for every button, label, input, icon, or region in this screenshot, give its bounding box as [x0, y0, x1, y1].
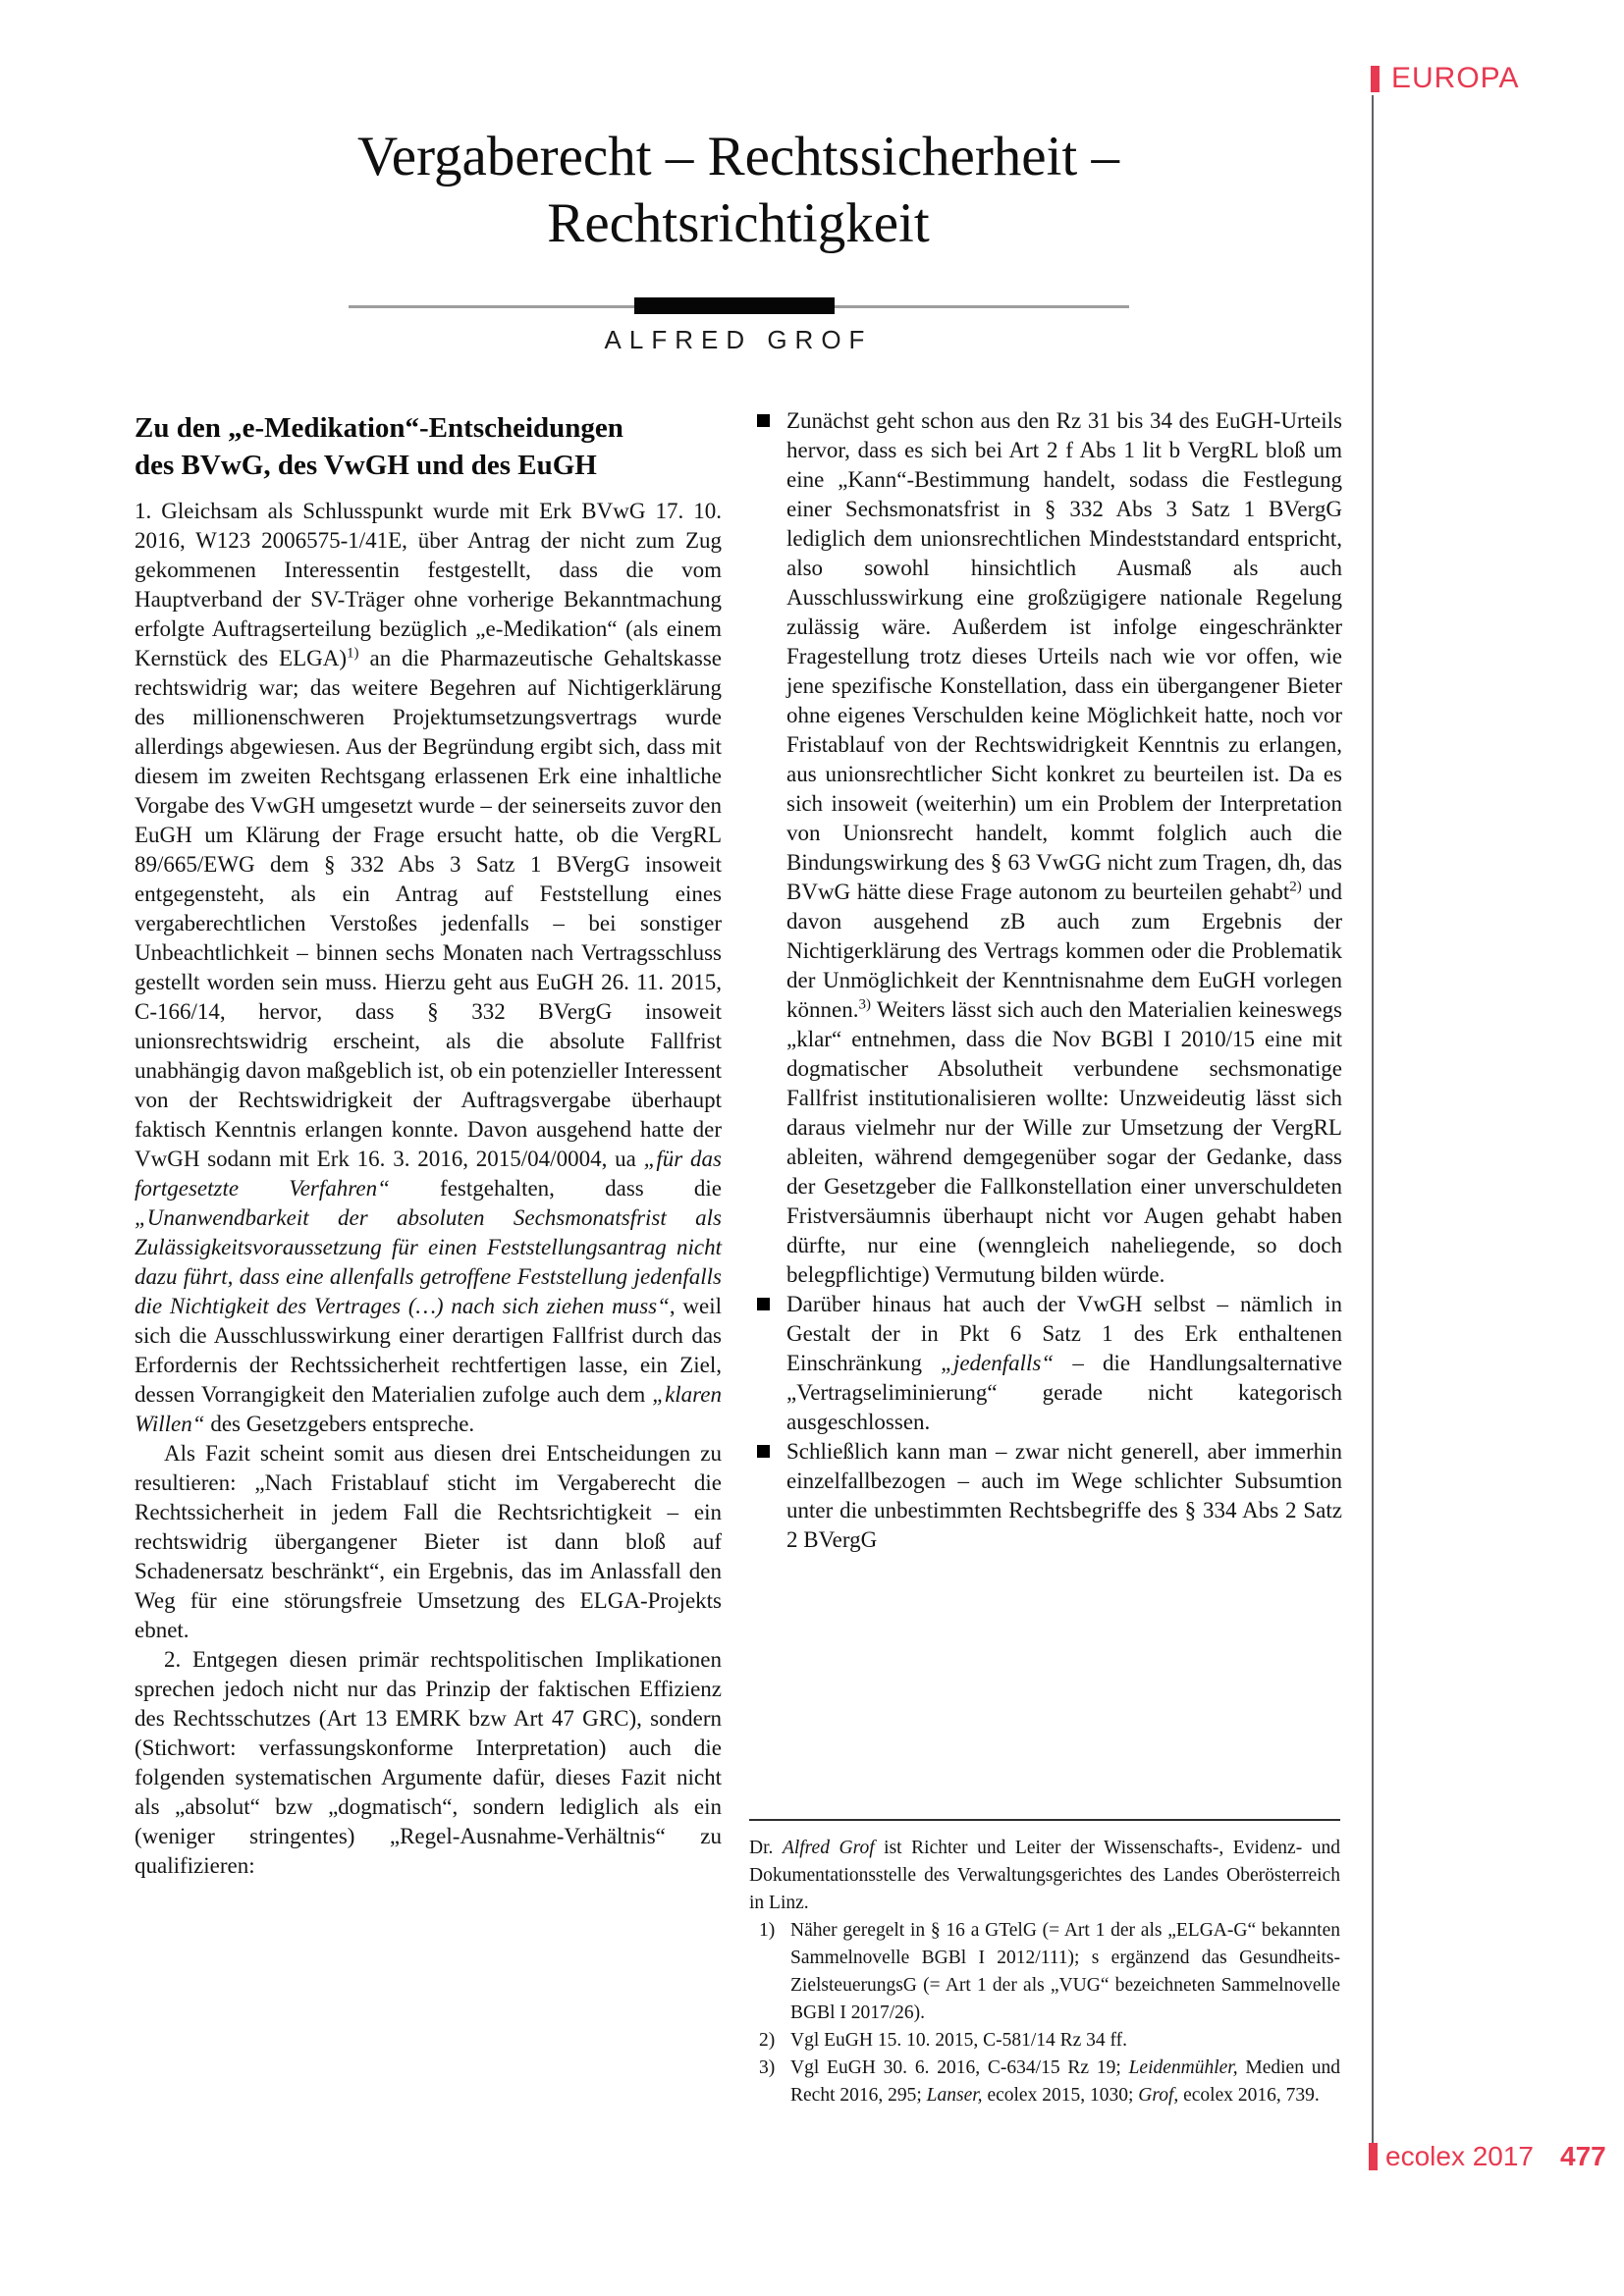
- article-title-line2: Rechtsrichtigkeit: [547, 192, 929, 254]
- left-column: Zu den „e-Medikation“-Entscheidungendes …: [135, 409, 722, 1881]
- footnote-text: Näher geregelt in § 16 a GTelG (= Art 1 …: [790, 1917, 1340, 2027]
- footnote-1: 1) Näher geregelt in § 16 a GTelG (= Art…: [749, 1917, 1340, 2027]
- footnote-number: 2): [759, 2027, 775, 2055]
- bullet-text-3: Schließlich kann man – zwar nicht genere…: [786, 1437, 1342, 1555]
- paragraph-3: 2. Entgegen diesen primär rechtspolitisc…: [135, 1645, 722, 1881]
- paragraph-2: Als Fazit scheint somit aus diesen drei …: [135, 1439, 722, 1645]
- red-bar-icon: [1371, 66, 1380, 92]
- bullet-square-icon: [757, 1445, 770, 1458]
- footnote-2: 2) Vgl EuGH 15. 10. 2015, C-581/14 Rz 34…: [749, 2027, 1340, 2055]
- article-title-line1: Vergaberecht – Rechtssicherheit –: [357, 126, 1119, 187]
- footnote-3: 3) Vgl EuGH 30. 6. 2016, C-634/15 Rz 19;…: [749, 2055, 1340, 2109]
- right-margin-rule: [1372, 95, 1374, 2143]
- footnote-text: Vgl EuGH 15. 10. 2015, C-581/14 Rz 34 ff…: [790, 2027, 1340, 2055]
- section-label: EUROPA: [1391, 63, 1519, 94]
- journal-name: ecolex 2017: [1385, 2142, 1534, 2171]
- red-bar-icon: [1369, 2143, 1378, 2170]
- bullet-square-icon: [757, 414, 770, 427]
- author-note: Dr. Alfred Grof ist Richter und Leiter d…: [749, 1835, 1340, 1917]
- section-heading-line1: Zu den „e-Medikation“-Entscheidungen: [135, 412, 623, 444]
- right-column: Zunächst geht schon aus den Rz 31 bis 34…: [756, 406, 1342, 1555]
- bullet-text-2: Darüber hinaus hat auch der VwGH selbst …: [786, 1290, 1342, 1437]
- bullet-item-1: Zunächst geht schon aus den Rz 31 bis 34…: [756, 406, 1342, 1290]
- page-number: 477: [1560, 2142, 1606, 2171]
- footnote-text: Vgl EuGH 30. 6. 2016, C-634/15 Rz 19; Le…: [790, 2055, 1340, 2109]
- paragraph-1: 1. Gleichsam als Schlusspunkt wurde mit …: [135, 497, 722, 1439]
- bullet-item-3: Schließlich kann man – zwar nicht genere…: [756, 1437, 1342, 1555]
- footnotes-block: Dr. Alfred Grof ist Richter und Leiter d…: [749, 1819, 1340, 2109]
- author-name: ALFRED GROF: [135, 325, 1342, 355]
- page-footer: ecolex 2017 477: [1369, 2142, 1606, 2171]
- section-heading: Zu den „e-Medikation“-Entscheidungendes …: [135, 409, 722, 484]
- section-label-europa: EUROPA: [1371, 63, 1519, 94]
- header-black-bar: [634, 297, 835, 314]
- bullet-square-icon: [757, 1298, 770, 1310]
- footnote-number: 1): [759, 1917, 775, 1945]
- bullet-item-2: Darüber hinaus hat auch der VwGH selbst …: [756, 1290, 1342, 1437]
- section-heading-line2: des BVwG, des VwGH und des EuGH: [135, 450, 597, 481]
- bullet-text-1: Zunächst geht schon aus den Rz 31 bis 34…: [786, 406, 1342, 1290]
- journal-page: { "colors":{"accent_red":"#e73950","rule…: [0, 0, 1624, 2296]
- article-title: Vergaberecht – Rechtssicherheit –Rechtsr…: [135, 124, 1342, 257]
- footnote-number: 3): [759, 2055, 775, 2082]
